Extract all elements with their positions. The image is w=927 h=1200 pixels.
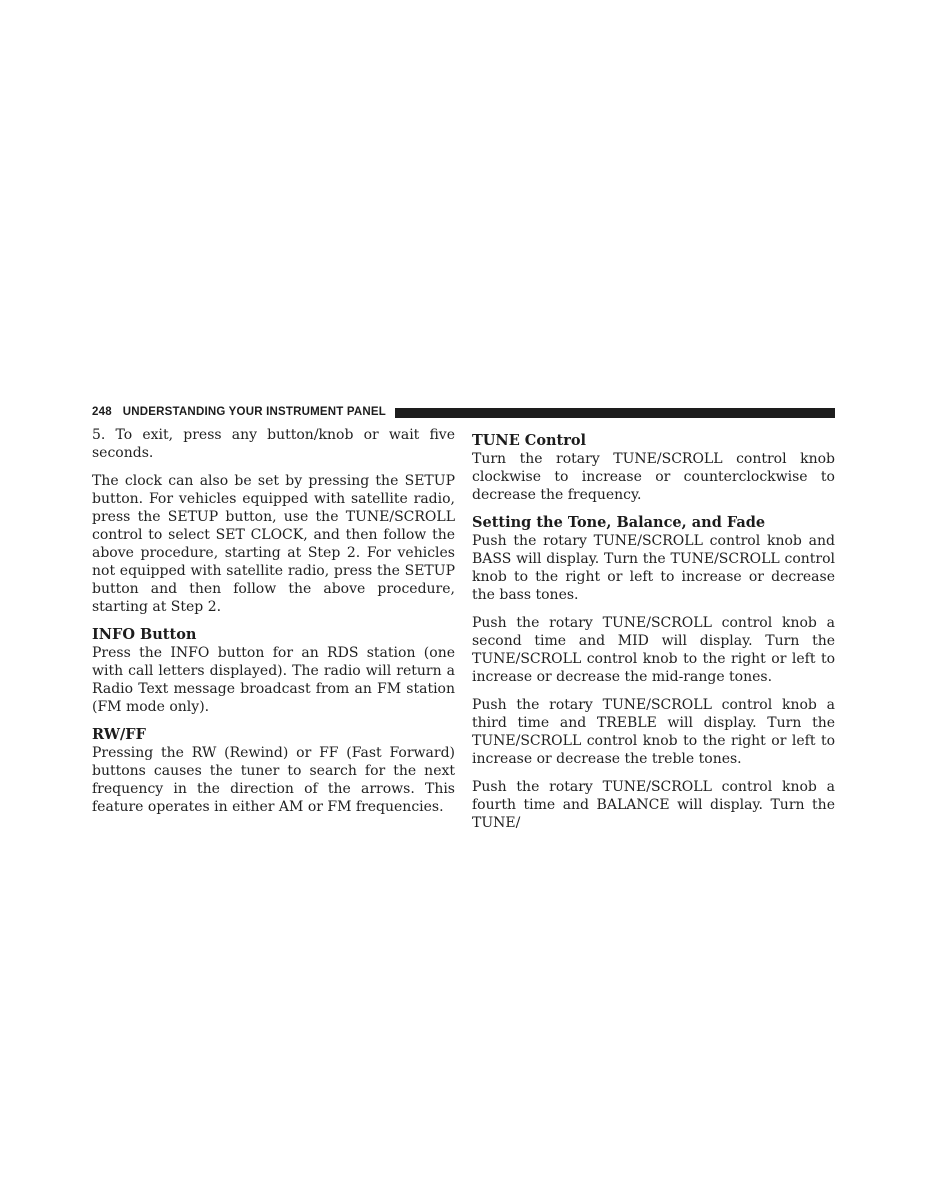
page-number: 248 <box>92 406 112 418</box>
tune-control-heading: TUNE Control <box>472 432 835 450</box>
clock-setup-paragraph: The clock can also be set by pressing th… <box>92 472 455 616</box>
tone-balance-fade-heading: Setting the Tone, Balance, and Fade <box>472 514 835 532</box>
tone-bass-paragraph: Push the rotary TUNE/SCROLL control knob… <box>472 532 835 604</box>
tune-control-paragraph: Turn the rotary TUNE/SCROLL control knob… <box>472 450 835 504</box>
header-rule-bar <box>395 408 835 418</box>
step-5-item: 5. To exit, press any button/knob or wai… <box>92 426 455 462</box>
running-title: UNDERSTANDING YOUR INSTRUMENT PANEL <box>123 406 386 418</box>
right-column: TUNE Control Turn the rotary TUNE/SCROLL… <box>472 426 835 842</box>
tone-balance-paragraph: Push the rotary TUNE/SCROLL control knob… <box>472 778 835 832</box>
tone-treble-paragraph: Push the rotary TUNE/SCROLL control knob… <box>472 696 835 768</box>
info-button-paragraph: Press the INFO button for an RDS station… <box>92 644 455 716</box>
manual-page: 248 UNDERSTANDING YOUR INSTRUMENT PANEL … <box>0 0 927 1200</box>
left-column: 5. To exit, press any button/knob or wai… <box>92 426 455 842</box>
running-head: 248 UNDERSTANDING YOUR INSTRUMENT PANEL <box>92 404 835 420</box>
rw-ff-paragraph: Pressing the RW (Rewind) or FF (Fast For… <box>92 744 455 816</box>
info-button-heading: INFO Button <box>92 626 455 644</box>
two-column-body: 5. To exit, press any button/knob or wai… <box>92 426 835 842</box>
rw-ff-heading: RW/FF <box>92 726 455 744</box>
tone-mid-paragraph: Push the rotary TUNE/SCROLL control knob… <box>472 614 835 686</box>
